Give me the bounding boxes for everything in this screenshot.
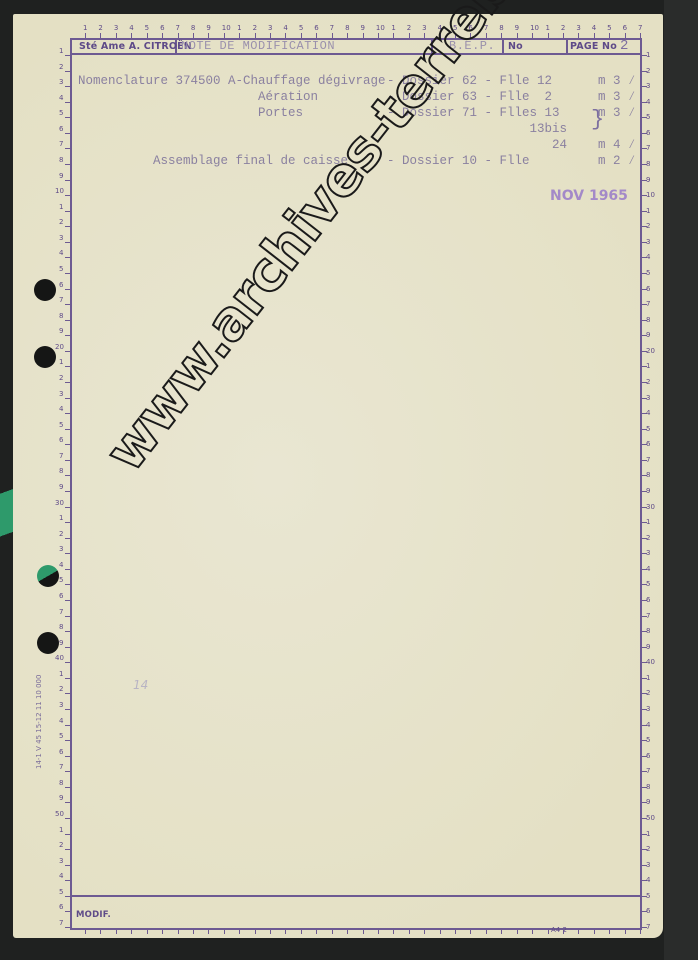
header-divider (566, 38, 568, 55)
form-code: 14-1 V 45 15-12 11 10 000 (35, 675, 43, 769)
background-green-strip (0, 470, 14, 560)
form-title: NOTE DE MODIFICATION (181, 39, 335, 53)
line-item-label: Nomenclature 374500 A-Chauffage dégivrag… (78, 74, 386, 88)
line-item-label: Portes (78, 106, 303, 120)
modif-line (70, 895, 642, 897)
line-item-dossier: - Dossier 10 - Flle (387, 154, 530, 168)
punch-hole (34, 279, 56, 301)
line-item-dossier: 24 (387, 138, 567, 152)
punch-hole (37, 565, 59, 587)
line-item-mark: m 2 ⁄ (598, 154, 636, 168)
header-divider (502, 38, 504, 55)
background-right (664, 0, 698, 960)
modif-label: MODIF. (76, 910, 111, 920)
right-margin-line (640, 38, 642, 930)
punch-hole (37, 632, 59, 654)
format-label: A4 2 (551, 926, 567, 934)
punch-hole (34, 346, 56, 368)
left-margin-line (70, 38, 72, 930)
page-number: 2 (620, 38, 629, 54)
date-stamp: NOV 1965 (550, 188, 628, 204)
line-item-mark: m 3 ⁄ (598, 90, 636, 104)
line-item-label: Assemblage final de caisse (78, 154, 348, 168)
page-label: PAGE No (570, 41, 617, 52)
line-item-mark: m 3 ⁄ (598, 74, 636, 88)
line-item-label: Aération (78, 90, 318, 104)
document-sheet: Sté Ame A. CITROËN NOTE DE MODIFICATION … (13, 14, 663, 938)
brace-icon: } (591, 107, 604, 132)
number-label: No (508, 41, 523, 52)
line-item-mark: m 4 ⁄ (598, 138, 636, 152)
company-name: Sté Ame A. CITROËN (79, 41, 192, 52)
watermark: www.archives-terreblanche.fr (93, 0, 684, 483)
pencil-note: 14 (133, 678, 148, 692)
